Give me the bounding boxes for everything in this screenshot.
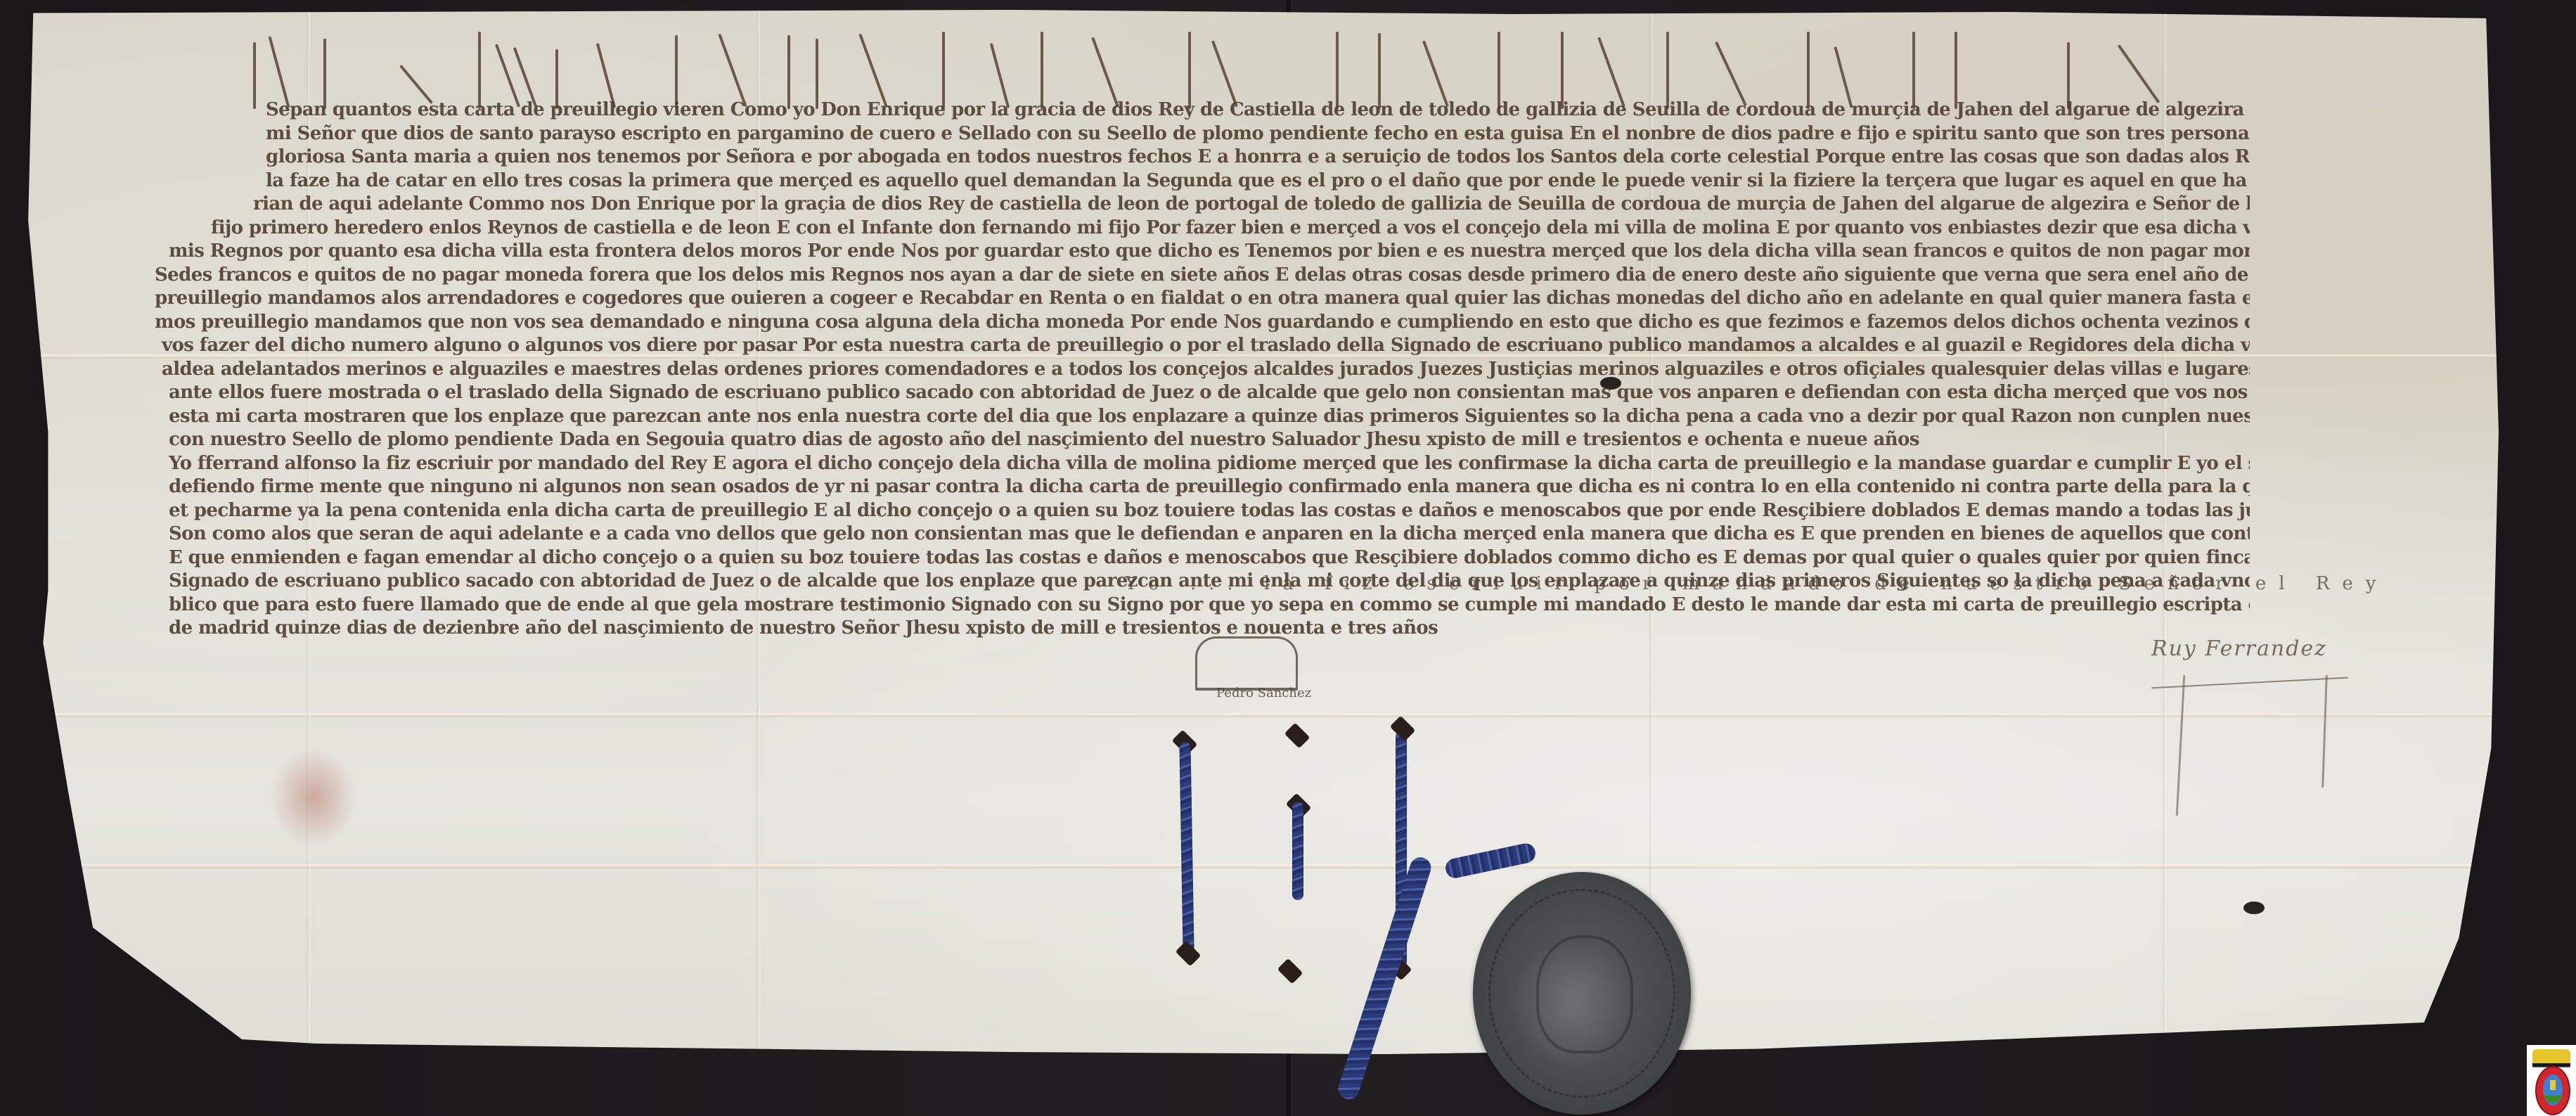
ground [2544, 1096, 2561, 1103]
text-line: E que enmienden e fagan emendar al dicho… [141, 546, 2250, 570]
text-line: mis Regnos por quanto esa dicha villa es… [141, 240, 2250, 264]
coat-of-arms-icon [2527, 1045, 2576, 1116]
text-line: mi Señor que dios de santo parayso escri… [141, 122, 2250, 146]
rota-sign-monogram [1195, 636, 1298, 691]
charter-text: Sepan quantos esta carta de preuillegio … [141, 98, 2250, 641]
text-line: rian de aqui adelante Commo nos Don Enri… [141, 193, 2250, 217]
text-line: gloriosa Santa maria a quien nos tenemos… [141, 146, 2250, 169]
text-line: aldea adelantados merinos e alguaziles e… [141, 358, 2250, 382]
fold-line-horizontal-plica [18, 864, 2504, 868]
blue-silk-cord [1292, 802, 1303, 900]
shield-field [2543, 1075, 2563, 1105]
rota-caption: Pedro Sanchez [1216, 686, 1311, 700]
text-line: vos fazer del dicho numero alguno o algu… [141, 334, 2250, 358]
text-line: la faze ha de catar en ello tres cosas l… [141, 169, 2250, 193]
chancery-validation-note: Yo ... la fiz escriuir por mandado de nu… [1125, 573, 2388, 594]
text-line: Yo fferrand alfonso la fiz escriuir por … [141, 452, 2250, 476]
text-line: Sepan quantos esta carta de preuillegio … [141, 98, 2250, 122]
fold-line-horizontal-lower [18, 713, 2504, 717]
text-line: blico que para esto fuere llamado que de… [141, 594, 2250, 617]
text-line: fijo primero heredero enlos Reynos de ca… [141, 217, 2250, 240]
lead-seal [1473, 872, 1691, 1115]
text-line: Son como alos que seran de aqui adelante… [141, 522, 2250, 546]
text-line: et pecharme ya la pena contenida enla di… [141, 499, 2250, 523]
text-line: con nuestro Seello de plomo pendiente Da… [141, 428, 2250, 452]
tower-icon [2550, 1080, 2556, 1090]
reddish-stain [271, 748, 356, 847]
text-line: de madrid quinze dias de dezienbre año d… [141, 617, 2250, 641]
text-line: ante ellos fuere mostrada o el traslado … [141, 381, 2250, 405]
text-line: Sedes francos e quitos de no pagar moned… [141, 264, 2250, 288]
text-line: mos preuillegio mandamos que non vos sea… [141, 311, 2250, 335]
text-line: preuillegio mandamos alos arrendadores e… [141, 287, 2250, 311]
official-signature: Ruy Ferrandez [2151, 636, 2327, 661]
elongated-first-line-ascenders [239, 28, 2172, 109]
hole [2243, 902, 2265, 914]
shield-icon [2535, 1066, 2570, 1115]
text-line: esta mi carta mostraren que los enplaze … [141, 405, 2250, 429]
seal-equestrian-figure [1536, 935, 1633, 1053]
text-line: defiendo firme mente que ninguno ni algu… [141, 475, 2250, 499]
